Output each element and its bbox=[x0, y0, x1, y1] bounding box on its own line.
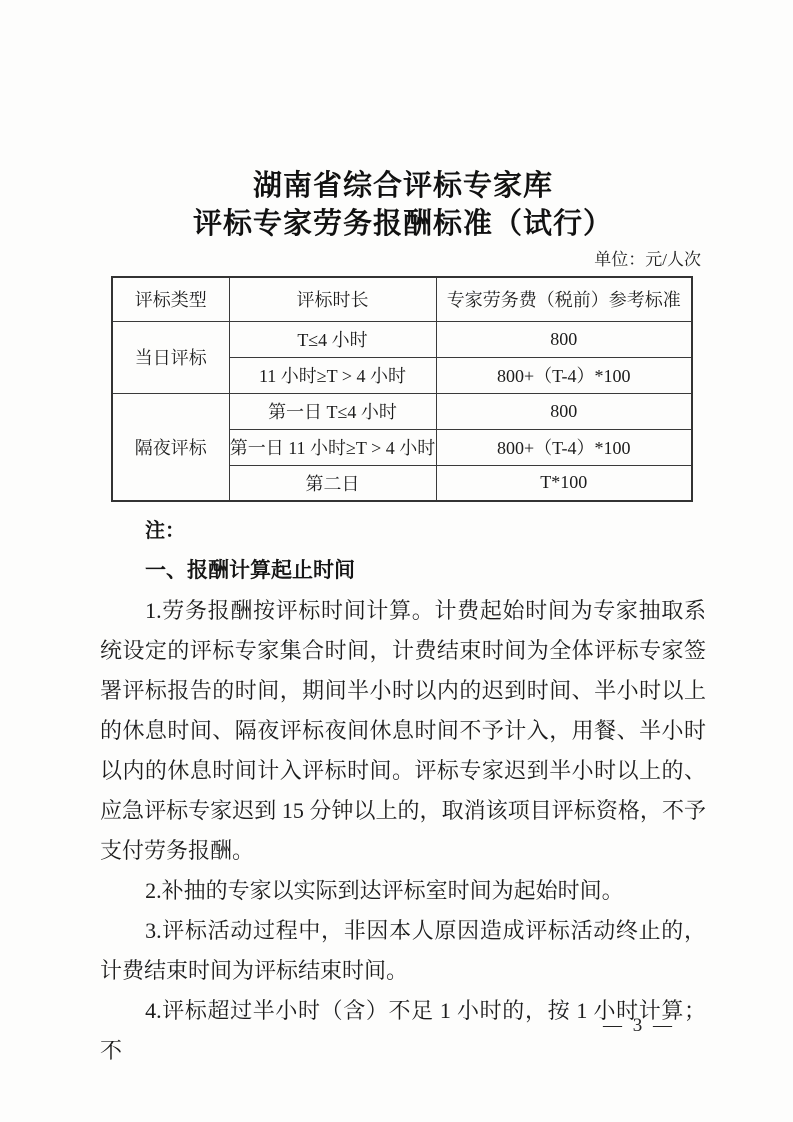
column-header-evaluation-duration: 评标时长 bbox=[229, 277, 436, 321]
document-page: 湖南省综合评标专家库 评标专家劳务报酬标准（试行） 单位：元/人次 评标类型 评… bbox=[0, 0, 793, 1122]
table-row: 隔夜评标 第一日 T≤4 小时 800 bbox=[112, 393, 692, 429]
cell-duration: 第一日 T≤4 小时 bbox=[229, 393, 436, 429]
notes-label: 注： bbox=[145, 511, 706, 551]
notes-section-heading: 一、报酬计算起止时间 bbox=[145, 551, 706, 591]
cell-fee: 800 bbox=[436, 393, 692, 429]
table-header-row: 评标类型 评标时长 专家劳务费（税前）参考标准 bbox=[112, 277, 692, 321]
unit-label: 单位：元/人次 bbox=[100, 245, 701, 270]
note-paragraph-2: 2.补抽的专家以实际到达评标室时间为起始时间。 bbox=[100, 871, 706, 911]
cell-duration: 第二日 bbox=[229, 465, 436, 501]
cell-duration: T≤4 小时 bbox=[229, 321, 436, 357]
column-header-evaluation-type: 评标类型 bbox=[112, 277, 229, 321]
table-row: 当日评标 T≤4 小时 800 bbox=[112, 321, 692, 357]
note-paragraph-3: 3.评标活动过程中，非因本人原因造成评标活动终止的，计费结束时间为评标结束时间。 bbox=[100, 911, 706, 991]
document-title-line1: 湖南省综合评标专家库 bbox=[100, 167, 706, 205]
notes-section: 注： 一、报酬计算起止时间 1.劳务报酬按评标时间计算。计费起始时间为专家抽取系… bbox=[100, 511, 706, 1071]
cell-fee: 800 bbox=[436, 321, 692, 357]
cell-fee: T*100 bbox=[436, 465, 692, 501]
column-header-expert-fee-standard: 专家劳务费（税前）参考标准 bbox=[436, 277, 692, 321]
cell-fee: 800+（T-4）*100 bbox=[436, 357, 692, 393]
document-title: 湖南省综合评标专家库 评标专家劳务报酬标准（试行） bbox=[100, 167, 706, 243]
cell-type-overnight: 隔夜评标 bbox=[112, 393, 229, 501]
cell-type-same-day: 当日评标 bbox=[112, 321, 229, 393]
document-title-line2: 评标专家劳务报酬标准（试行） bbox=[100, 205, 706, 243]
cell-duration: 第一日 11 小时≥T > 4 小时 bbox=[229, 429, 436, 465]
fee-table: 评标类型 评标时长 专家劳务费（税前）参考标准 当日评标 T≤4 小时 800 … bbox=[111, 276, 693, 502]
page-number: — 3 — bbox=[603, 1015, 675, 1037]
cell-fee: 800+（T-4）*100 bbox=[436, 429, 692, 465]
note-paragraph-1: 1.劳务报酬按评标时间计算。计费起始时间为专家抽取系统设定的评标专家集合时间，计… bbox=[100, 591, 706, 871]
cell-duration: 11 小时≥T > 4 小时 bbox=[229, 357, 436, 393]
